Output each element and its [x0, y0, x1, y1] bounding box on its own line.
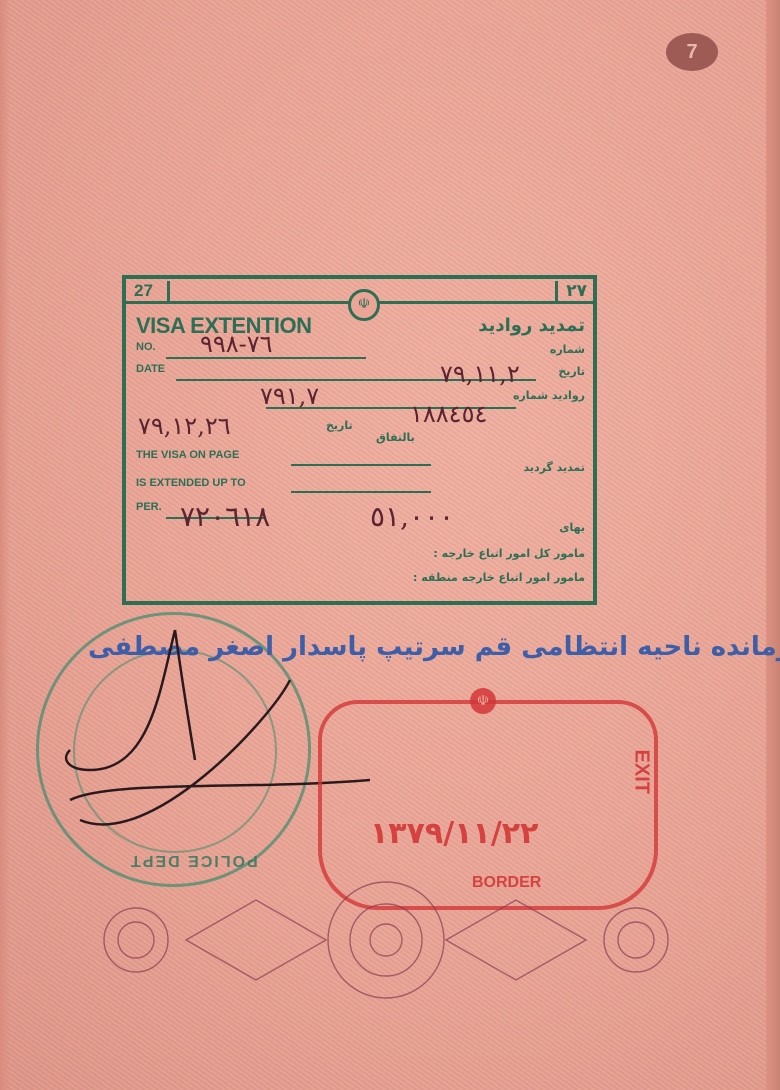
- label-until-fa: بهای: [559, 521, 585, 534]
- stamp-title-fa: تمدید روادید: [478, 315, 585, 336]
- label-extended-up-to: IS EXTENDED UP TO: [136, 477, 246, 489]
- exit-date: ١٣٧٩/١١/٢٢: [370, 816, 538, 851]
- label-extended-fa: تمدید گردید: [523, 461, 585, 474]
- label-no: NO.: [136, 341, 156, 353]
- exit-emblem-icon: ☫: [470, 688, 496, 714]
- stamp-number-fa: ٢٧: [555, 281, 587, 301]
- handwritten-expiry: ٧٩,١٢,٢٦: [138, 412, 231, 440]
- field-line: [291, 491, 431, 493]
- iran-emblem-icon: ☫: [348, 289, 380, 321]
- handwritten-fee: ٥١,٠٠٠: [370, 500, 454, 533]
- label-official2-fa: مامور امور اتباع خارجه منطقه :: [413, 571, 585, 584]
- label-visa-on-page: THE VISA ON PAGE: [136, 449, 239, 461]
- passport-page: 7 27 ٢٧ ☫ VISA EXTENTION تمدید روادید NO…: [0, 0, 780, 1090]
- page-number: 7: [666, 33, 718, 71]
- label-issued-fa: بالتفاق: [376, 431, 415, 444]
- handwritten-date: ٧٩,١١,٢: [440, 360, 520, 388]
- label-official1-fa: مامور کل امور اتباع خارجه :: [433, 547, 585, 560]
- label-date-fa: تاریخ: [558, 365, 585, 378]
- field-line: [291, 464, 431, 466]
- label-on-date-fa: تاریخ: [326, 419, 353, 432]
- label-date: DATE: [136, 363, 165, 375]
- page-edge-right: [766, 0, 780, 1090]
- handwritten-per: ٧٢٠٦١٨: [180, 500, 270, 533]
- page-edge-left: [0, 0, 10, 1090]
- label-per: PER.: [136, 501, 162, 513]
- exit-stamp: ☫ ١٣٧٩/١١/٢٢ EXIT BORDER: [318, 700, 658, 910]
- visa-extension-stamp: 27 ٢٧ ☫ VISA EXTENTION تمدید روادید NO. …: [122, 275, 597, 605]
- handwritten-passport-no: ٧٩١,٧: [260, 382, 319, 410]
- guilloche-rosette-band: [96, 880, 676, 1010]
- handwritten-number: ٧٦-٩٩٨: [200, 330, 273, 358]
- label-visa-no-fa: روادید شماره: [513, 389, 585, 402]
- label-number-fa: شماره: [550, 343, 585, 356]
- exit-label: EXIT: [629, 750, 652, 794]
- handwritten-visa-no: ١٨٨٤٥٤: [410, 400, 487, 428]
- seal-text: POLICE DEPT: [129, 851, 258, 869]
- stamp-number-en: 27: [134, 281, 170, 301]
